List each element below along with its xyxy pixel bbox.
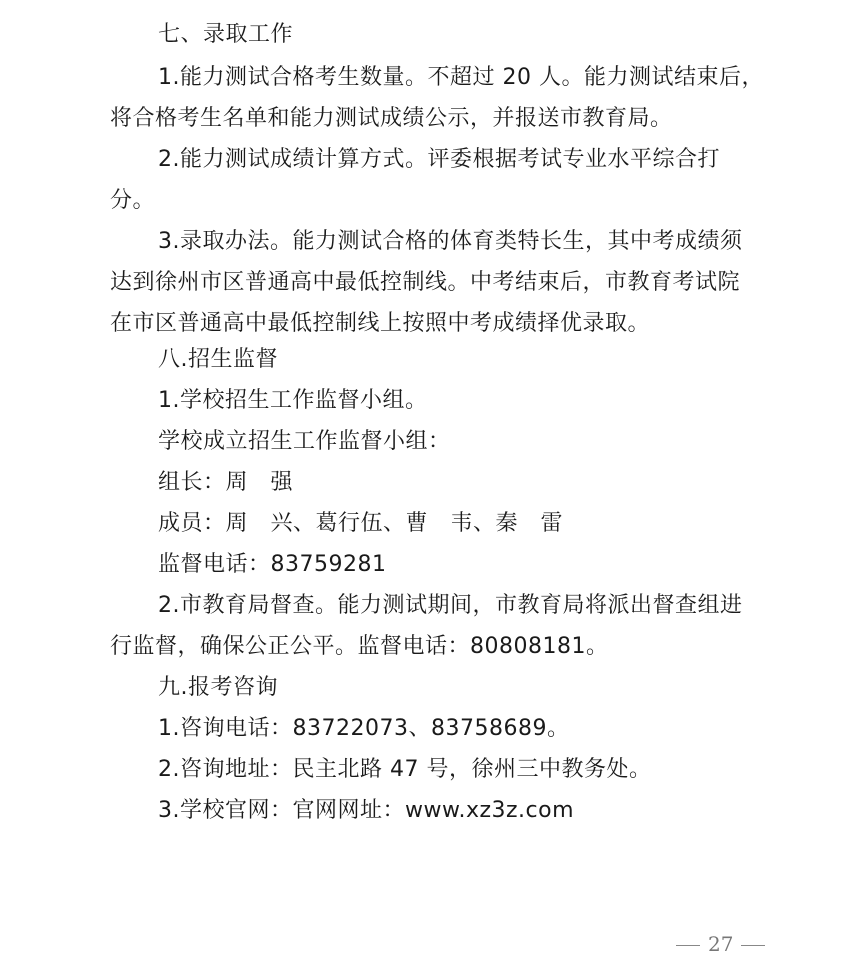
list-item-phone: 1.咨询电话：83722073、83758689。 xyxy=(158,714,569,744)
paragraph-line: 3.录取办法。能力测试合格的体育类特长生，其中考成绩须 xyxy=(158,227,743,257)
page-footer: 27 xyxy=(668,932,773,956)
paragraph-line: 1.能力测试合格考生数量。不超过 20 人。能力测试结束后， xyxy=(158,63,764,93)
list-item: 学校成立招生工作监督小组： xyxy=(158,427,451,457)
dash-left xyxy=(676,945,700,946)
paragraph-line: 2.市教育局督查。能力测试期间，市教育局将派出督查组进 xyxy=(158,591,743,621)
paragraph-line: 分。 xyxy=(110,186,155,216)
paragraph-line: 行监督，确保公正公平。监督电话：80808181。 xyxy=(110,632,608,662)
paragraph-line: 将合格考生名单和能力测试成绩公示，并报送市教育局。 xyxy=(110,104,673,134)
list-item: 1.学校招生工作监督小组。 xyxy=(158,386,428,416)
list-item-address: 2.咨询地址：民主北路 47 号，徐州三中教务处。 xyxy=(158,755,651,785)
paragraph-line: 在市区普通高中最低控制线上按照中考成绩择优录取。 xyxy=(110,309,650,339)
list-item-supervision-phone: 监督电话：83759281 xyxy=(158,550,386,580)
document-page: 七、录取工作 1.能力测试合格考生数量。不超过 20 人。能力测试结束后， 将合… xyxy=(0,0,864,967)
paragraph-line: 达到徐州市区普通高中最低控制线。中考结束后，市教育考试院 xyxy=(110,268,740,298)
section-heading-admission: 七、录取工作 xyxy=(158,20,293,50)
paragraph-line: 2.能力测试成绩计算方式。评委根据考试专业水平综合打 xyxy=(158,145,720,175)
section-heading-supervision: 八.招生监督 xyxy=(158,345,278,375)
list-item-members: 成员：周 兴、葛行伍、曹 韦、秦 雷 xyxy=(158,509,563,539)
page-number: 27 xyxy=(708,932,733,956)
list-item-website: 3.学校官网：官网网址：www.xz3z.com xyxy=(158,796,574,826)
list-item-group-leader: 组长：周 强 xyxy=(158,468,293,498)
section-heading-consultation: 九.报考咨询 xyxy=(158,673,278,703)
dash-right xyxy=(741,945,765,946)
